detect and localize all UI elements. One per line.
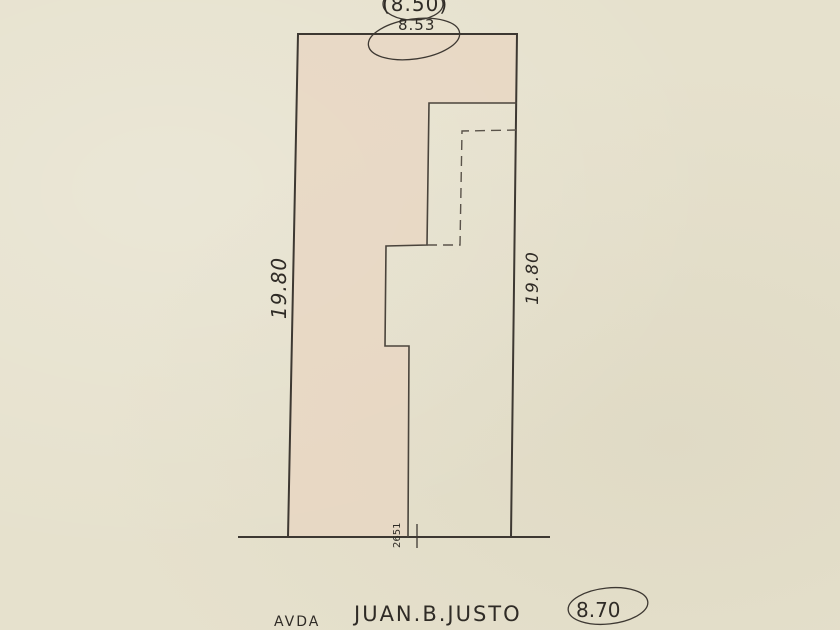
left-depth-dimension: 19.80 <box>267 257 291 319</box>
plot-drawing <box>0 0 840 630</box>
shaded-built-area <box>288 34 517 537</box>
dashed-outline <box>427 130 517 245</box>
door-number: 2651 <box>392 523 403 548</box>
right-depth-dimension: 19.80 <box>523 251 543 305</box>
street-name: JUAN.B.JUSTO <box>354 602 522 626</box>
street-prefix: AVDA <box>274 614 320 630</box>
front-width-dimension: 8.53 <box>398 16 435 34</box>
street-front-width: 8.70 <box>576 598 621 622</box>
original-front-dimension: (8.50) <box>382 0 448 16</box>
